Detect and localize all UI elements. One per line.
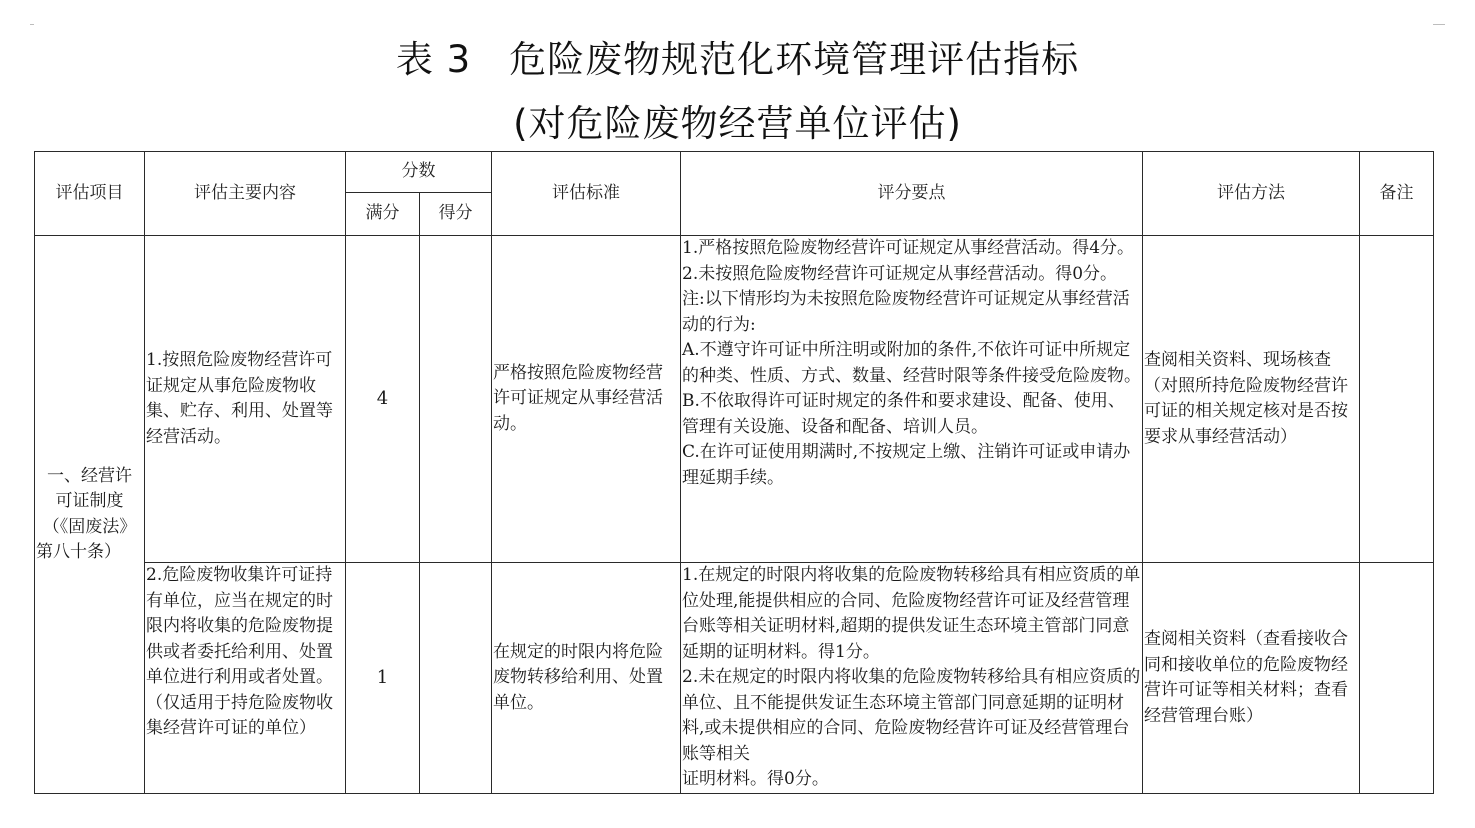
remarks-cell[interactable] (1360, 563, 1434, 794)
table-row: 2.危险废物收集许可证持有单位，应当在规定的时限内将收集的危险废物提供或者委托给… (35, 563, 1434, 794)
content-cell: 2.危险废物收集许可证持有单位，应当在规定的时限内将收集的危险废物提供或者委托给… (145, 563, 346, 794)
table-row: 一、经营许 可证制度 （《固废法》 第八十条） 1.按照危险废物经营许可证规定从… (35, 236, 1434, 563)
scoring-point: 2.未在规定的时限内将收集的危险废物转移给具有相应资质的单位、且不能提供发证生态… (682, 665, 1141, 767)
header-full-score: 满分 (346, 193, 420, 236)
scoring-points-cell: 1.在规定的时限内将收集的危险废物转移给具有相应资质的单位处理,能提供相应的合同… (681, 563, 1143, 794)
content-cell: 1.按照危险废物经营许可证规定从事危险废物收集、贮存、利用、处置等经营活动。 (145, 236, 346, 563)
full-score-cell: 1 (346, 563, 420, 794)
scoring-point: 1.严格按照危险废物经营许可证规定从事经营活动。得4分。 (682, 236, 1141, 262)
page-corner-mark-right (1433, 24, 1445, 25)
header-content: 评估主要内容 (145, 152, 346, 236)
scoring-point: B.不依取得许可证时规定的条件和要求建设、配备、使用、管理有关设施、设备和配备、… (682, 389, 1141, 440)
page-corner-mark-left (30, 24, 34, 25)
standard-cell: 严格按照危险废物经营许可证规定从事经营活动。 (492, 236, 681, 563)
header-item: 评估项目 (35, 152, 145, 236)
document-subtitle: (对危险废物经营单位评估) (0, 94, 1475, 154)
method-cell: 查阅相关资料、现场核查（对照所持危险废物经营许可证的相关规定核对是否按要求从事经… (1143, 236, 1360, 563)
category-label-line: 第八十条） (36, 540, 143, 566)
scoring-point: 证明材料。得0分。 (682, 767, 1141, 793)
full-score-cell: 4 (346, 236, 420, 563)
obtained-score-cell[interactable] (420, 236, 492, 563)
table-header-row: 评估项目 评估主要内容 分数 评估标准 评分要点 评估方法 备注 (35, 152, 1434, 193)
header-standard: 评估标准 (492, 152, 681, 236)
header-scoring-points: 评分要点 (681, 152, 1143, 236)
header-score-group: 分数 (346, 152, 492, 193)
document-title-block: 表 3 危险废物规范化环境管理评估指标 (对危险废物经营单位评估) (0, 30, 1475, 154)
obtained-score-cell[interactable] (420, 563, 492, 794)
header-obtained-score: 得分 (420, 193, 492, 236)
header-remarks: 备注 (1360, 152, 1434, 236)
remarks-cell[interactable] (1360, 236, 1434, 563)
method-cell: 查阅相关资料（查看接收合同和接收单位的危险废物经营许可证等相关材料；查看经营管理… (1143, 563, 1360, 794)
scoring-points-cell: 1.严格按照危险废物经营许可证规定从事经营活动。得4分。 2.未按照危险废物经营… (681, 236, 1143, 563)
category-cell: 一、经营许 可证制度 （《固废法》 第八十条） (35, 236, 145, 794)
scoring-point: 1.在规定的时限内将收集的危险废物转移给具有相应资质的单位处理,能提供相应的合同… (682, 563, 1141, 665)
header-method: 评估方法 (1143, 152, 1360, 236)
category-label-line: 可证制度 (36, 489, 143, 515)
standard-cell: 在规定的时限内将危险废物转移给利用、处置单位。 (492, 563, 681, 794)
document-title: 表 3 危险废物规范化环境管理评估指标 (0, 30, 1475, 90)
scoring-point: 注:以下情形均为未按照危险废物经营许可证规定从事经营活动的行为: (682, 287, 1141, 338)
scoring-point: C.在许可证使用期满时,不按规定上缴、注销许可证或申请办理延期手续。 (682, 440, 1141, 491)
category-label-line: 一、经营许 (36, 464, 143, 490)
assessment-table: 评估项目 评估主要内容 分数 评估标准 评分要点 评估方法 备注 满分 得分 一… (34, 151, 1434, 794)
scoring-point: 2.未按照危险废物经营许可证规定从事经营活动。得0分。 (682, 262, 1141, 288)
scoring-point: A.不遵守许可证中所注明或附加的条件,不依许可证中所规定的种类、性质、方式、数量… (682, 338, 1141, 389)
category-label-line: （《固废法》 (36, 515, 143, 541)
